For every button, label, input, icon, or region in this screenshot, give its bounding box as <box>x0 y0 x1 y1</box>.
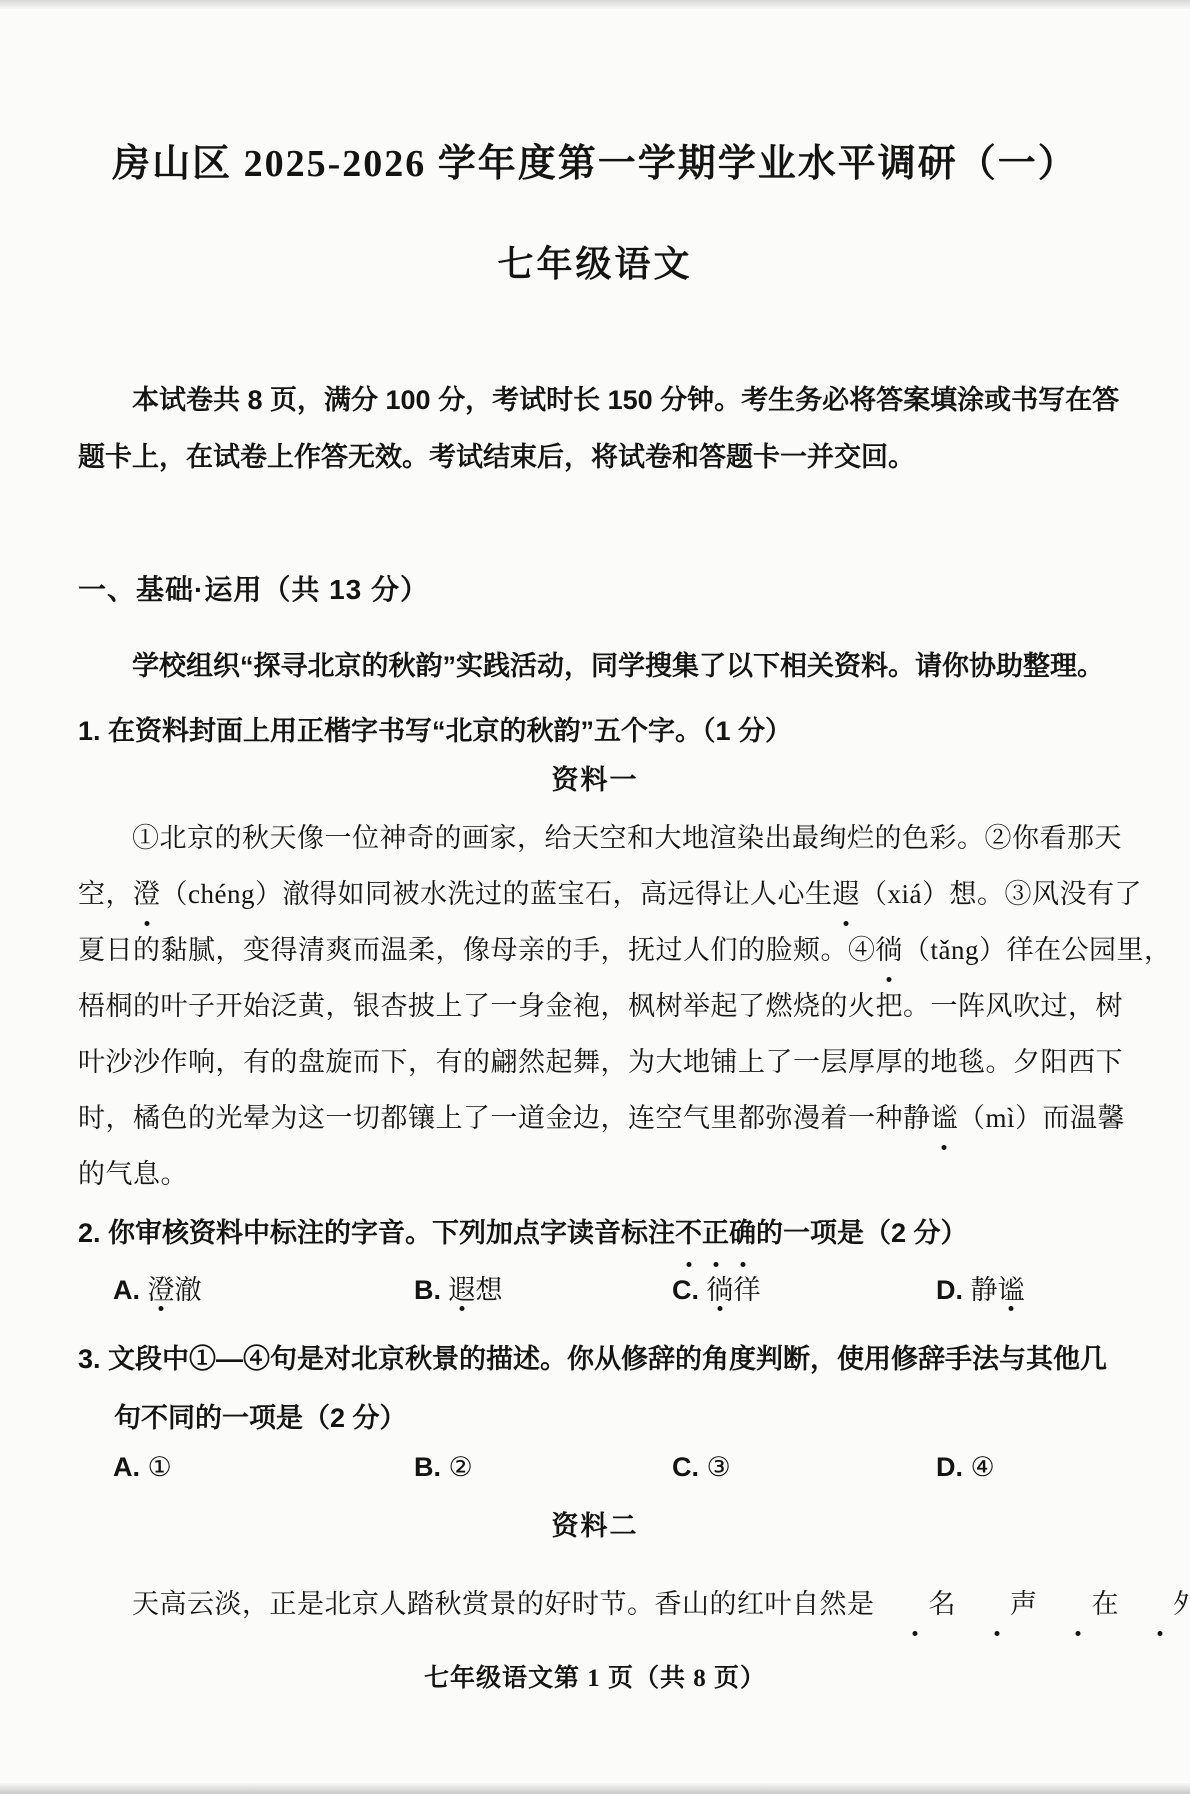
option-b: B. ② <box>414 1452 473 1483</box>
emphasized-character: 名 <box>875 1576 957 1632</box>
question-2-options: A. 澄澈B. 遐想C. 徜徉D. 静谧 <box>0 1268 1190 1314</box>
text-segment: 2. 你审核资料中标注的字音。下列加点字读音标注 <box>78 1218 675 1248</box>
text-segment: 天高云淡，正是北京人踏秋赏景的好时节。香山的红叶自然是 <box>132 1589 875 1619</box>
text-segment: 的一项是（2 分） <box>756 1218 968 1248</box>
text-line: 2. 你审核资料中标注的字音。下列加点字读音标注不正确的一项是（2 分） <box>78 1204 1124 1263</box>
option-label: D. <box>936 1275 971 1305</box>
text-segment: 1. 在资料封面上用正楷字书写“北京的秋韵”五个字。（1 分） <box>78 716 792 746</box>
text-line: 本试卷共 8 页，满分 100 分，考试时长 150 分钟。考生务必将答案填涂或… <box>78 372 1124 429</box>
option-a: A. 澄澈 <box>113 1268 202 1307</box>
text-line: 句不同的一项是（2 分） <box>78 1389 1124 1448</box>
text-segment: 叶沙沙作响，有的盘旋而下，有的翩然起舞，为大地铺上了一层厚厚的地毯。夕阳西下 <box>78 1047 1123 1077</box>
option-a: A. ① <box>113 1452 172 1483</box>
emphasized-character: 谧 <box>998 1268 1025 1307</box>
option-text: 徜徉 <box>707 1275 761 1305</box>
text-segment: 空， <box>78 879 133 909</box>
option-text: ③ <box>707 1452 731 1482</box>
resource-one-body: ①北京的秋天像一位神奇的画家，给天空和大地渲染出最绚烂的色彩。②你看那天空，澄（… <box>78 810 1128 1202</box>
text-segment: 3. 文段中①—④句是对北京秋景的描述。你从修辞的角度判断，使用修辞手法与其他几 <box>78 1344 1107 1374</box>
text-segment: 夏日的黏腻，变得清爽而温柔，像母亲的手，抚过人们的脸颊。④ <box>78 935 876 965</box>
text-line: 夏日的黏腻，变得清爽而温柔，像母亲的手，抚过人们的脸颊。④徜（tǎng）徉在公园… <box>78 922 1128 978</box>
option-text: 遐想 <box>449 1275 503 1305</box>
text-segment: 学校组织“探寻北京的秋韵”实践活动，同学搜集了以下相关资料。请你协助整理。 <box>132 651 1104 681</box>
text-segment: 梧桐的叶子开始泛黄，银杏披上了一身金袍，枫树举起了燃烧的火把。一阵风吹过，树 <box>78 991 1123 1021</box>
option-b: B. 遐想 <box>414 1268 503 1307</box>
exam-subject-title: 七年级语文 <box>0 236 1190 287</box>
emphasized-character: 徜 <box>707 1268 734 1307</box>
text-segment: （mì）而温馨 <box>958 1103 1125 1133</box>
option-text: ② <box>449 1452 473 1482</box>
option-d: D. 静谧 <box>936 1268 1025 1307</box>
text-line: 天高云淡，正是北京人踏秋赏景的好时节。香山的红叶自然是名声在外，从山脚到 <box>78 1576 1128 1632</box>
emphasized-character: 澄 <box>148 1268 175 1307</box>
option-label: A. <box>113 1275 148 1305</box>
text-line: 空，澄（chéng）澈得如同被水洗过的蓝宝石，高远得让人心生遐（xiá）想。③风… <box>78 866 1128 922</box>
emphasized-character: 外 <box>1119 1576 1190 1632</box>
option-label: D. <box>936 1452 971 1482</box>
text-line: 学校组织“探寻北京的秋韵”实践活动，同学搜集了以下相关资料。请你协助整理。 <box>78 638 1124 694</box>
question-1: 1. 在资料封面上用正楷字书写“北京的秋韵”五个字。（1 分） <box>78 702 1124 761</box>
text-segment: 时，橘色的光晕为这一切都镶上了一道金边，连空气里都弥漫着一种静 <box>78 1103 931 1133</box>
section-one-intro: 学校组织“探寻北京的秋韵”实践活动，同学搜集了以下相关资料。请你协助整理。 <box>78 638 1124 694</box>
text-line: 时，橘色的光晕为这一切都镶上了一道金边，连空气里都弥漫着一种静谧（mì）而温馨 <box>78 1090 1128 1146</box>
text-segment: 的气息。 <box>78 1159 188 1189</box>
exam-notice: 本试卷共 8 页，满分 100 分，考试时长 150 分钟。考生务必将答案填涂或… <box>78 372 1124 486</box>
section-one-heading: 一、基础·运用（共 13 分） <box>78 568 429 608</box>
option-text: ① <box>148 1452 172 1482</box>
resource-two-body: 天高云淡，正是北京人踏秋赏景的好时节。香山的红叶自然是名声在外，从山脚到 <box>78 1576 1128 1632</box>
text-segment: 句不同的一项是（2 分） <box>114 1403 407 1433</box>
text-line: 叶沙沙作响，有的盘旋而下，有的翩然起舞，为大地铺上了一层厚厚的地毯。夕阳西下 <box>78 1034 1128 1090</box>
emphasized-character: 徜 <box>876 922 904 978</box>
option-text: ④ <box>971 1452 995 1482</box>
question-3: 3. 文段中①—④句是对北京秋景的描述。你从修辞的角度判断，使用修辞手法与其他几… <box>78 1330 1124 1448</box>
option-c: C. ③ <box>672 1452 731 1483</box>
text-segment: （xiá）想。③风没有了 <box>860 879 1142 909</box>
option-label: C. <box>672 1452 707 1482</box>
emphasized-character: 在 <box>1038 1576 1120 1632</box>
text-line: ①北京的秋天像一位神奇的画家，给天空和大地渲染出最绚烂的色彩。②你看那天 <box>78 810 1128 866</box>
question-3-options: A. ①B. ②C. ③D. ④ <box>0 1452 1190 1498</box>
text-line: 1. 在资料封面上用正楷字书写“北京的秋韵”五个字。（1 分） <box>78 702 1124 761</box>
text-segment: ①北京的秋天像一位神奇的画家，给天空和大地渲染出最绚烂的色彩。②你看那天 <box>132 823 1122 853</box>
text-line: 的气息。 <box>78 1146 1128 1202</box>
option-label: A. <box>113 1452 148 1482</box>
option-label: B. <box>414 1452 449 1482</box>
resource-one-title: 资料一 <box>0 758 1190 797</box>
emphasized-character: 遐 <box>832 866 860 922</box>
page-footer: 七年级语文第 1 页（共 8 页） <box>0 1658 1190 1694</box>
text-segment: 本试卷共 8 页，满分 100 分，考试时长 150 分钟。考生务必将答案填涂或… <box>132 385 1119 415</box>
emphasized-character: 不 <box>675 1204 702 1263</box>
resource-two-title: 资料二 <box>0 1504 1190 1543</box>
option-label: B. <box>414 1275 449 1305</box>
option-c: C. 徜徉 <box>672 1268 761 1307</box>
question-2: 2. 你审核资料中标注的字音。下列加点字读音标注不正确的一项是（2 分） <box>78 1204 1124 1263</box>
emphasized-character: 声 <box>956 1576 1038 1632</box>
exam-paper-page: 房山区 2025-2026 学年度第一学期学业水平调研（一） 七年级语文 本试卷… <box>0 0 1190 1794</box>
option-text: 澄澈 <box>148 1275 202 1305</box>
option-label: C. <box>672 1275 707 1305</box>
emphasized-character: 遐 <box>449 1268 476 1307</box>
emphasized-character: 正 <box>702 1204 729 1263</box>
exam-title: 房山区 2025-2026 学年度第一学期学业水平调研（一） <box>0 132 1190 187</box>
text-segment: （chéng）澈得如同被水洗过的蓝宝石，高远得让人心生 <box>161 879 833 909</box>
text-segment: 题卡上，在试卷上作答无效。考试结束后，将试卷和答题卡一并交回。 <box>78 442 915 472</box>
emphasized-character: 谧 <box>931 1090 959 1146</box>
option-d: D. ④ <box>936 1452 995 1483</box>
text-line: 梧桐的叶子开始泛黄，银杏披上了一身金袍，枫树举起了燃烧的火把。一阵风吹过，树 <box>78 978 1128 1034</box>
emphasized-character: 确 <box>729 1204 756 1263</box>
emphasized-character: 澄 <box>133 866 161 922</box>
option-text: 静谧 <box>971 1275 1025 1305</box>
text-line: 3. 文段中①—④句是对北京秋景的描述。你从修辞的角度判断，使用修辞手法与其他几 <box>78 1330 1124 1389</box>
text-line: 题卡上，在试卷上作答无效。考试结束后，将试卷和答题卡一并交回。 <box>78 429 1124 486</box>
text-segment: （tǎng）徉在公园里， <box>903 935 1172 965</box>
